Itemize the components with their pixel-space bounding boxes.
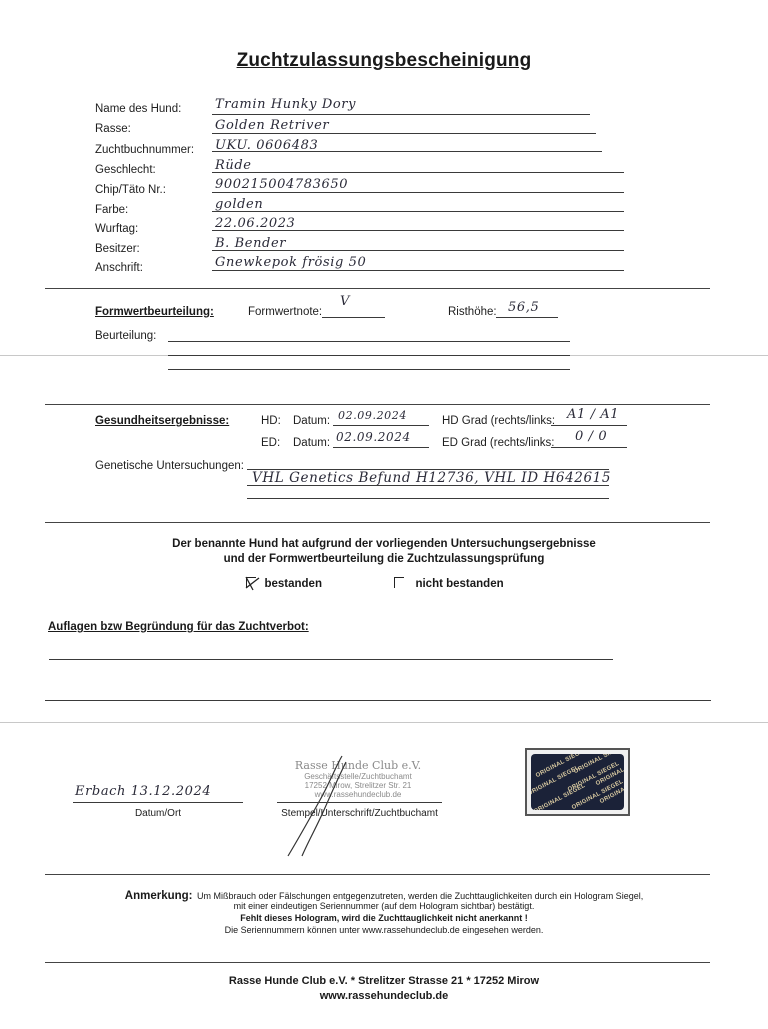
section-divider [45, 288, 710, 289]
result-statement-line2: und der Formwertbeurteilung die Zuchtzul… [0, 553, 768, 565]
risthoehe-label: Risthöhe: [448, 306, 497, 318]
field-value-geschlecht[interactable]: Rüde [215, 158, 252, 173]
field-line-wurftag [212, 230, 624, 231]
field-value-anschrift[interactable]: Gnewkepok frösig 50 [215, 255, 366, 270]
date-place-value[interactable]: Erbach 13.12.2024 [75, 784, 211, 799]
hd-grad-line [551, 425, 627, 426]
field-line-name [212, 114, 590, 115]
hd-datum-value[interactable]: 02.09.2024 [338, 409, 407, 422]
passed-option[interactable]: bestanden [246, 574, 322, 592]
hd-grad-label: HD Grad (rechts/links: [442, 415, 555, 427]
hd-label: HD: [261, 415, 281, 427]
field-value-rasse[interactable]: Golden Retriver [215, 118, 329, 133]
ed-datum-label: Datum: [293, 437, 330, 449]
health-heading: Gesundheitsergebnisse: [95, 415, 229, 427]
field-line-farbe [212, 211, 624, 212]
note-line-4: Die Seriennummern können unter www.rasse… [0, 925, 768, 935]
formwertnote-value[interactable]: V [340, 294, 350, 309]
beurteilung-line-2[interactable] [168, 355, 570, 356]
signature-scribble [280, 752, 360, 862]
genetic-line-3 [247, 498, 609, 499]
scan-artifact-line [0, 722, 768, 723]
section-divider [45, 522, 710, 523]
ed-datum-value[interactable]: 02.09.2024 [336, 430, 411, 444]
auflagen-heading: Auflagen bzw Begründung für das Zuchtver… [48, 621, 309, 633]
section-divider [45, 874, 710, 875]
failed-option[interactable]: nicht bestanden [394, 574, 504, 592]
hologram-seal: ORIGINAL SIEGEL ORIGINAL SIEGEL ORIGINAL… [525, 748, 630, 816]
field-value-farbe[interactable]: golden [215, 197, 263, 212]
beurteilung-label: Beurteilung: [95, 330, 156, 342]
field-label-rasse: Rasse: [95, 123, 131, 135]
genetic-value[interactable]: VHL Genetics Befund H12736, VHL ID H6426… [252, 470, 611, 486]
section-divider [45, 404, 710, 405]
footer-address: Rasse Hunde Club e.V. * Strelitzer Stras… [0, 975, 768, 987]
field-label-name: Name des Hund: [95, 103, 181, 115]
formwert-heading: Formwertbeurteilung: [95, 306, 214, 318]
failed-label: nicht bestanden [415, 578, 503, 590]
note-line-2: mit einer eindeutigen Seriennummer (auf … [0, 901, 768, 911]
section-divider [45, 962, 710, 963]
field-line-chip [212, 192, 624, 193]
field-line-zuchtbuchnummer [212, 151, 602, 152]
formwertnote-line [322, 317, 385, 318]
field-value-wurftag[interactable]: 22.06.2023 [215, 216, 295, 231]
ed-label: ED: [261, 437, 280, 449]
formwertnote-label: Formwertnote: [248, 306, 322, 318]
date-place-line [73, 802, 243, 803]
note-text-1: Um Mißbrauch oder Fälschungen entgegenzu… [197, 891, 643, 901]
result-statement-line1: Der benannte Hund hat aufgrund der vorli… [0, 538, 768, 550]
field-label-geschlecht: Geschlecht: [95, 164, 156, 176]
genetic-label: Genetische Untersuchungen: [95, 460, 244, 472]
passed-label: bestanden [264, 578, 322, 590]
field-label-chip: Chip/Täto Nr.: [95, 184, 166, 196]
field-line-rasse [212, 133, 596, 134]
field-label-farbe: Farbe: [95, 204, 128, 216]
failed-checkbox[interactable] [394, 577, 404, 588]
field-line-besitzer [212, 250, 624, 251]
stamp-signature-line [277, 802, 442, 803]
note-line-3: Fehlt dieses Hologram, wird die Zuchttau… [0, 913, 768, 923]
ed-grad-line [551, 447, 627, 448]
auflagen-line-2[interactable] [45, 700, 711, 701]
passed-checkbox[interactable] [246, 577, 256, 588]
field-label-besitzer: Besitzer: [95, 243, 140, 255]
field-label-zuchtbuchnummer: Zuchtbuchnummer: [95, 144, 194, 156]
hd-datum-label: Datum: [293, 415, 330, 427]
field-label-wurftag: Wurftag: [95, 223, 138, 235]
field-line-anschrift [212, 270, 624, 271]
field-value-chip[interactable]: 900215004783650 [215, 177, 348, 192]
hd-datum-line [333, 425, 429, 426]
field-line-geschlecht [212, 172, 624, 173]
risthoehe-value[interactable]: 56,5 [508, 300, 539, 315]
checkmark-icon [245, 576, 261, 592]
field-label-anschrift: Anschrift: [95, 262, 143, 274]
ed-grad-value[interactable]: 0 / 0 [575, 429, 607, 444]
beurteilung-line-1[interactable] [168, 341, 570, 342]
field-value-besitzer[interactable]: B. Bender [215, 236, 286, 251]
hologram-pattern: ORIGINAL SIEGEL ORIGINAL SIEGEL ORIGINAL… [531, 754, 624, 810]
date-place-label: Datum/Ort [73, 808, 243, 819]
footer-website[interactable]: www.rassehundeclub.de [0, 990, 768, 1002]
stamp-signature-label: Stempel/Unterschrift/Zuchtbuchamt [272, 808, 447, 819]
document-title: Zuchtzulassungsbescheinigung [0, 50, 768, 72]
hd-grad-value[interactable]: A1 / A1 [567, 407, 619, 422]
field-value-name[interactable]: Tramin Hunky Dory [215, 97, 356, 112]
beurteilung-line-3[interactable] [168, 369, 570, 370]
risthoehe-line [496, 317, 558, 318]
ed-grad-label: ED Grad (rechts/links: [442, 437, 554, 449]
ed-datum-line [333, 447, 429, 448]
genetic-line-2 [247, 485, 609, 486]
auflagen-line-1[interactable] [49, 659, 613, 660]
